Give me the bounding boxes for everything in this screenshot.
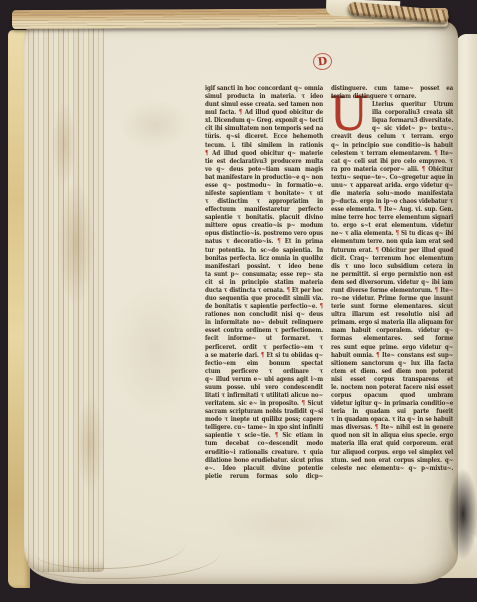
text-line: q~ in principio sue conditio~is habuit f… [331, 141, 453, 149]
text-line: pietie rerum formas solo dicp~ successio… [205, 472, 323, 480]
text-line: tur aliquod corpus. ergo vel simplex vel… [331, 448, 453, 456]
text-line: effectuum manifestaretur perfecto pote~t… [205, 205, 323, 213]
text-line: q~ sic videt~ p~ textu~. In principio [372, 124, 453, 132]
text-line: dunt simul esse creata. sed tamen non si [205, 100, 323, 108]
text-line: sapientie τ bonitatis. placuit divino au… [205, 213, 323, 221]
text-line: materia illa erat quid corporeum. erat i… [331, 439, 453, 447]
text-line: videtur igitur q~ in primaria conditio~e… [331, 399, 453, 407]
text-line: teria in quadam sui parte fuerit transpa… [331, 407, 453, 415]
text-line: natus τ decoratio~is. ¶ Et in prima mani… [205, 237, 323, 245]
text-line: dis τ uno loco subsidium cetera in circu… [331, 262, 453, 270]
text-column-right: U distinguere. cum tame~ posset ea subit… [331, 84, 453, 472]
text-line: ne permittit. si ergo permixtio non est … [331, 270, 453, 278]
text-line: sacram scripturam nobis tradidit q~si ru… [205, 407, 323, 415]
text-line: bonitas perfecta. licz omnia in quolibz … [205, 254, 323, 262]
text-line: tie est declarativu3 producere multa sim… [205, 157, 323, 165]
text-line: runt diverse forme elementorum. ¶ Ite~ [331, 286, 453, 294]
text-line: mam habuit corporalem. videtur q~ habuit [331, 326, 453, 334]
text-line: creavit deus celum τ terram. ergo videtu… [331, 132, 453, 140]
text-line: telligere. cu~ tame~ in xpo sint infinit… [205, 423, 323, 431]
pilcrow-mark: ¶ [375, 246, 378, 254]
pilcrow-mark: ¶ [287, 286, 290, 294]
leaf-edge-stack [24, 24, 104, 572]
text-line: in informitate no~ debuit relinquere q~ … [205, 318, 323, 326]
text-line: dilatione bono erudiebatur. sicut prius … [205, 456, 323, 464]
text-line: perficeret. ordit τ perfectio~em τ ordin… [205, 343, 323, 351]
pilcrow-mark: ¶ [301, 399, 304, 407]
text-line: simul producta in materia. τ ideo omnia … [205, 92, 323, 100]
text-line: primam. ergo si materia illa aliquam for [331, 318, 453, 326]
text-line: esse elementa. ¶ Ite~ Aug. vi. sup. Gen.… [331, 205, 453, 213]
text-line: terie sunt forme elementares. sicut pate… [331, 302, 453, 310]
text-line: a se materie dari. ¶ Et si tu obiidas q~… [205, 351, 323, 359]
text-line: eruditio~i rationalis creature. τ quia e… [205, 448, 323, 456]
text-line: suum posse. ubi vero condescendit possib… [205, 383, 323, 391]
pilcrow-mark: ¶ [435, 286, 438, 294]
text-line: liqua formaru3 diversitate. Et [372, 116, 453, 124]
text-line: tur potentia. In sc~do sapientia. In ter… [205, 246, 323, 254]
text-line: xl. Dicendum q~ Greg. exponit q~ tecti d… [205, 116, 323, 124]
text-line: unu~ τ appareat arida. ergo videtur q~ t… [331, 181, 453, 189]
text-line: bat manifestare in productio~e q~ non ei… [205, 173, 323, 181]
pilcrow-mark: ¶ [375, 423, 378, 431]
text-line: türis. q~si diceret. Ecce behemoth quem … [205, 132, 323, 140]
text-line: esse q~ postmodu~ in formatio~e. Prin. m… [205, 181, 323, 189]
text-line: opus distinctio~is. postremo vero opus o… [205, 229, 323, 237]
text-line: cat q~ celi sut ibi pro celo empyreo. τ … [331, 157, 453, 165]
text-line: ro~ne videtur. Prime forme que insunt ma [331, 294, 453, 302]
text-line: p~ducta. ergo in ip~o chaos videbatur τ … [331, 197, 453, 205]
text-line: de bonitatis τ sapientie perfectio~e. ¶ … [205, 302, 323, 310]
pilcrow-mark: ¶ [376, 351, 379, 359]
text-line: Lterius queritur Utrum moles [372, 100, 453, 108]
text-line: nisi esset corpus transparens et illumin… [331, 375, 453, 383]
text-line: illa corporaliu3 creata sit sub a [372, 108, 453, 116]
text-line: fecit informe~ ut formaret. τ imperfecta… [205, 334, 323, 342]
text-line: ¶ Ad illud quod obicitur q~ materie pote… [205, 149, 323, 157]
pilcrow-mark: ¶ [320, 302, 323, 310]
text-line: res sunt eque prime. ergo videtur q~ sim… [331, 343, 453, 351]
text-line: nifeste sapientiam τ bonitate~ τ ut sigi… [205, 189, 323, 197]
text-line: ctum perficere τ ordinare τ distinguere.… [205, 367, 323, 375]
photo-background: D igif sancti in hoc concordant q~ omnia… [0, 0, 477, 602]
text-line: dicit. Craq~ terrenum hoc elementum un [331, 254, 453, 262]
text-line: mas diversas. ¶ Ite~ nihil est in genere [331, 423, 453, 431]
text-line: formas elementares. sed forme elementa [331, 334, 453, 342]
text-line: mittere opus creatio~is p~ modum subdige… [205, 221, 323, 229]
text-line: dem sed diversorum. videtur q~ ibi iam f… [331, 278, 453, 286]
text-line: corpus opacum quod umbram proiiceret. [331, 391, 453, 399]
pilcrow-mark: ¶ [275, 431, 278, 439]
text-line: veritatem. sic e~ in proposito. ¶ Sicut … [205, 399, 323, 407]
text-line: igif sancti in hoc concordant q~ omnia s… [205, 84, 323, 92]
text-line: mul facta. ¶ Ad illud quod obicitur de J… [205, 108, 323, 116]
text-column-left-lines: igif sancti in hoc concordant q~ omnia s… [205, 84, 323, 480]
text-line: cit ibi simultatem non temporis sed na [205, 124, 323, 132]
gutter-shadow [448, 468, 477, 560]
text-line: textu~ seque~te~. Co~gregetur aque in lo… [331, 173, 453, 181]
pilcrow-mark: ¶ [205, 149, 208, 157]
text-line: τ in quadam opaca. τ ita q~ in se habuit… [331, 415, 453, 423]
text-line: mine terre hoc terre elementum signari p… [331, 213, 453, 221]
text-line: e~. Ideo placuit divine potentie bonitat… [205, 464, 323, 472]
text-line: habuit omnia. ¶ Ite~ constans est sup~ p… [331, 351, 453, 359]
text-line: celeste nec elementu~ q~ p~mixtu~. q~ ha… [331, 464, 453, 472]
text-line: fectio~em eim bonum spectat velociter ef… [205, 359, 323, 367]
text-line: celestem τ terram elementarem. ¶ Ite~ di [331, 149, 453, 157]
text-line: to. ergo s~t erat elementum. videtur par… [331, 221, 453, 229]
text-line: rationes non concludit nisi q~ deus mate… [205, 310, 323, 318]
pilcrow-mark: ¶ [395, 229, 398, 237]
pilcrow-mark: ¶ [277, 237, 280, 245]
text-line: sapientie τ scie~tie. ¶ Sic etiam in for… [205, 431, 323, 439]
text-column-left: igif sancti in hoc concordant q~ omnia s… [205, 84, 323, 480]
text-line: ducta τ distincta τ ornata. ¶ Et per hoc… [205, 286, 323, 294]
text-line: manifestari possint. τ ideo bene manifes… [205, 262, 323, 270]
text-line: xtum. sed non erat corpus simplex. q~ ne… [331, 456, 453, 464]
text-line: tecum. i. tibi similem in rationis capac… [205, 141, 323, 149]
pilcrow-mark: ¶ [261, 351, 264, 359]
text-line: tum decebat co~descendit modo nature τ e… [205, 439, 323, 447]
text-line: litati τ infirmitati τ utilitati alicue … [205, 391, 323, 399]
text-line: esset contra ordinem τ perfectionem. q~ … [205, 326, 323, 334]
text-column-right-lines: distinguere. cum tame~ posset ea subito … [331, 84, 453, 472]
pilcrow-mark: ¶ [434, 149, 437, 157]
text-line: ta sunt p~ consumata; esse rep~ sta tria… [205, 270, 323, 278]
text-line: futurum erat. ¶ Obicitur per illud quod … [331, 246, 453, 254]
pilcrow-mark: ¶ [422, 165, 425, 173]
text-line: vo q~ deus pote~tiam suam magis intende [205, 165, 323, 173]
pilcrow-mark: ¶ [239, 108, 242, 116]
text-line: elementum terre. non quia iam erat sed q… [331, 237, 453, 245]
text-line: teriam distinguere τ ornare. [331, 92, 453, 100]
text-line: ra pro materia corpor~ alii. ¶ Obicitur … [331, 165, 453, 173]
text-line: sitionem sanctorum q~ lux illa facta hab… [331, 359, 453, 367]
text-line: ne~ τ alia elementa. ¶ Si tu dicas q~ ib… [331, 229, 453, 237]
text-line: distinguere. cum tame~ posset ea subito … [331, 84, 453, 92]
text-line: le. noctem non poterat facere nisi esset [331, 383, 453, 391]
text-line: q~ illud verum e~ ubi agens agit i~m tot… [205, 375, 323, 383]
pilcrow-mark: ¶ [378, 205, 381, 213]
text-line: ultra illarum est resolutio nisi ad mate… [331, 310, 453, 318]
text-line: quod non sit in aliqua eius specie. ergo… [331, 431, 453, 439]
text-line: cit si in principio statim materia fuiss… [205, 278, 323, 286]
text-line: duo sequentia que procedit simili via. s… [205, 294, 323, 302]
text-line: ctem et diem. sed diem non poterat facer… [331, 367, 453, 375]
text-line: die materia solu~modo manifestata fuerit… [331, 189, 453, 197]
text-line: modo τ inepte ut quilibz poss; capere τ … [205, 415, 323, 423]
text-line: τ distinctim τ appropriatim in p~duction… [205, 197, 323, 205]
